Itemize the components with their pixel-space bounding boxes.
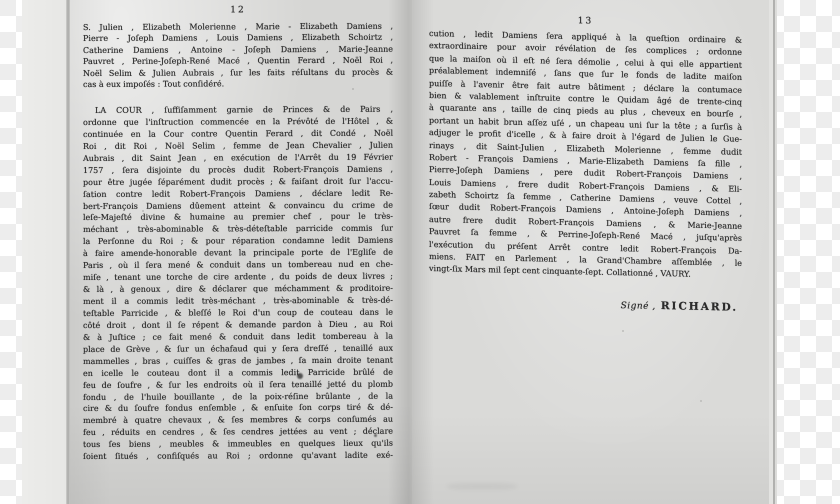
right-page-body-lines: cution , ledit Damiens ſera appliqué à l… [429, 28, 742, 283]
text-line: en icelle le couteau dont il a commis le… [83, 366, 393, 379]
text-line: cas à eux impoſés : Tout conſidéré. [83, 78, 393, 91]
text-line: mammelles , bras , cuiſſes & gras de jam… [83, 354, 393, 367]
text-line: & à Juſtice ; ce fait mené & conduit dan… [83, 330, 393, 343]
text-line: côté droit , dont il ſe répent & demande… [83, 319, 393, 332]
text-line: pour être jugée ſéparément dudit procès … [83, 175, 393, 188]
right-page-text-block: 13 cution , ledit Damiens ſera appliqué … [429, 13, 742, 504]
text-line: Noël Selim & Julien Aubrais , ſur les fa… [83, 66, 393, 79]
text-line: 1757 , ſera disjointe du procès dudit Ro… [83, 163, 393, 176]
left-page-text-block: 12 S. Julien , Elizabeth Molerienne , Ma… [83, 5, 393, 486]
paper-smudge [447, 483, 517, 490]
text-line: Roi , dit Roi , Noël Selim , femme de Je… [83, 139, 393, 152]
signature-prefix: Signé , [621, 301, 656, 312]
paper-speck [542, 118, 543, 120]
left-page-number: 12 [83, 5, 393, 16]
ink-blot [297, 373, 303, 379]
scan-left-margin [22, 0, 67, 504]
right-page-edge-line [769, 0, 777, 504]
left-page-body-lines: LA COUR , ſuffiſamment garnie de Princes… [83, 104, 393, 463]
left-page-header-lines: S. Julien , Elizabeth Molerienne , Marie… [83, 21, 393, 91]
text-line: ſoient ſitués , confiſqués au Roi ; ordo… [83, 450, 393, 463]
signature-name: RICHARD. [661, 300, 738, 314]
text-line: place de Grève , & ſur un échafaud qui y… [83, 342, 393, 355]
book-gutter-shadow [388, 0, 434, 504]
text-line: ſation contre ledit Robert-François Dami… [83, 187, 393, 200]
paper-speck [352, 88, 354, 90]
text-line: Pauvret , Perine-Joſeph-René Macé , Quen… [83, 55, 393, 68]
paper-speck [700, 400, 702, 402]
book-scan-image: 12 S. Julien , Elizabeth Molerienne , Ma… [22, 0, 777, 504]
text-line: continuée en la Cour contre Quentin Fera… [83, 128, 393, 141]
text-line: feu de ſoufre , & ſur les endroits où il… [83, 378, 393, 391]
transparency-checkerboard: 12 S. Julien , Elizabeth Molerienne , Ma… [0, 0, 840, 504]
paper-speck [622, 330, 624, 332]
signature-line: Signé , RICHARD. [429, 289, 738, 315]
paper-speck [713, 140, 715, 142]
ink-blot [374, 434, 377, 437]
text-line: Aubrais , dit Saint Jean , en exécution … [83, 151, 393, 164]
paper-speck [142, 210, 144, 212]
